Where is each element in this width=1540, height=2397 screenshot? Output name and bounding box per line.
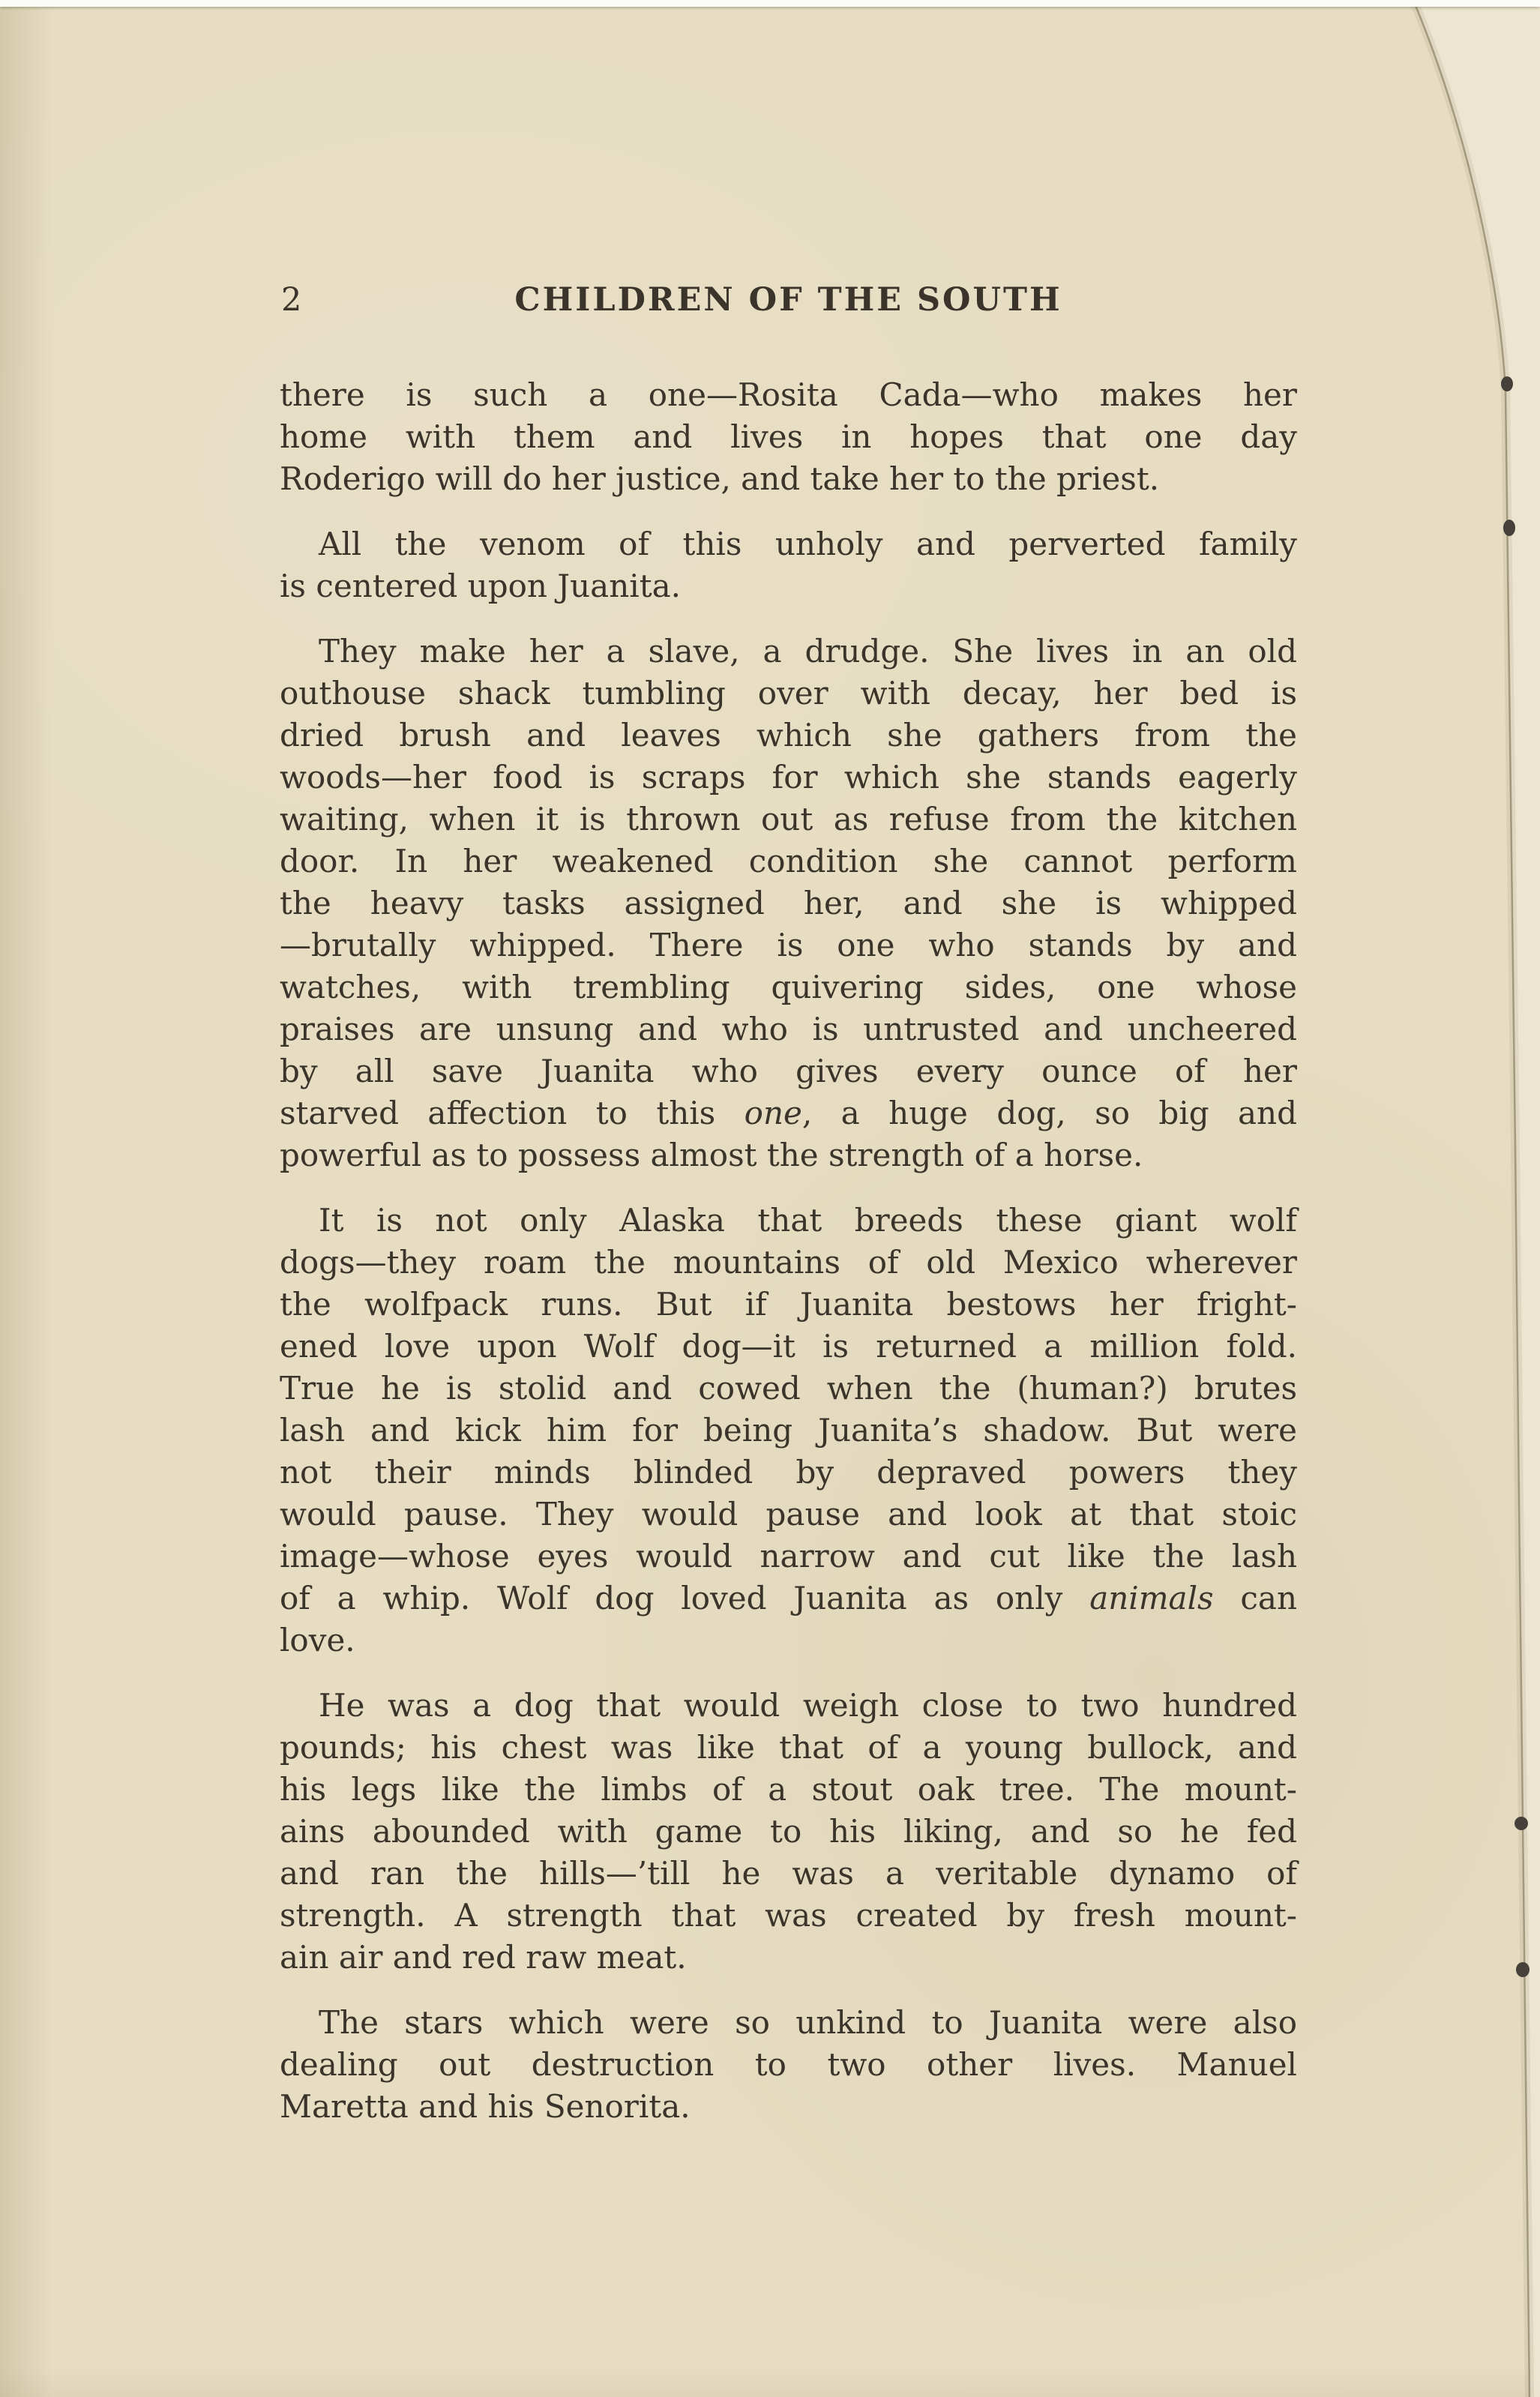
text-line: outhouse shack tumbling over with decay,… [280, 673, 1297, 715]
scanner-edge-strip [0, 0, 1540, 7]
text-line: The stars which were so unkind to Juanit… [280, 2002, 1297, 2044]
crease-shadow [1413, 0, 1530, 2397]
text-line: Maretta and his Senorita. [280, 2086, 1297, 2128]
paragraph: The stars which were so unkind to Juanit… [280, 2002, 1297, 2128]
text-line: and ran the hills—’till he was a veritab… [280, 1853, 1297, 1895]
body-text: there is such a one—Rosita Cada—who make… [280, 374, 1297, 2128]
text-line: is centered upon Juanita. [280, 565, 1297, 607]
text-line: watches, with trembling quivering sides,… [280, 966, 1297, 1008]
paragraph: All the venom of this unholy and pervert… [280, 523, 1297, 607]
text-line: starved affection to this one, a huge do… [280, 1092, 1297, 1134]
text-line: the heavy tasks assigned her, and she is… [280, 882, 1297, 924]
text-line: It is not only Alaska that breeds these … [280, 1200, 1297, 1242]
text-line: ains abounded with game to his liking, a… [280, 1811, 1297, 1853]
text-line: woods—her food is scraps for which she s… [280, 757, 1297, 799]
book-page-scan: 2 CHILDREN OF THE SOUTH there is such a … [0, 0, 1540, 2397]
text-block: 2 CHILDREN OF THE SOUTH there is such a … [280, 281, 1297, 2128]
underlying-page-edge [1413, 0, 1540, 2397]
text-line: waiting, when it is thrown out as refuse… [280, 799, 1297, 840]
text-line: by all save Juanita who gives every ounc… [280, 1050, 1297, 1092]
stitch-mark [1515, 1817, 1528, 1830]
stitch-mark [1516, 1962, 1530, 1977]
paragraph: They make her a slave, a drudge. She liv… [280, 631, 1297, 1176]
text-line: All the venom of this unholy and pervert… [280, 523, 1297, 565]
crease-line [1413, 0, 1530, 2397]
text-line: lash and kick him for being Juanita’s sh… [280, 1410, 1297, 1452]
text-line: love. [280, 1619, 1297, 1661]
text-line: home with them and lives in hopes that o… [280, 416, 1297, 458]
text-line: door. In her weakened condition she cann… [280, 840, 1297, 882]
text-line: Roderigo will do her justice, and take h… [280, 458, 1297, 500]
stitch-mark [1501, 376, 1513, 391]
text-line: strength. A strength that was created by… [280, 1895, 1297, 1937]
text-line: He was a dog that would weigh close to t… [280, 1685, 1297, 1727]
text-line: —brutally whipped. There is one who stan… [280, 924, 1297, 966]
text-line: there is such a one—Rosita Cada—who make… [280, 374, 1297, 416]
text-line: his legs like the limbs of a stout oak t… [280, 1769, 1297, 1811]
text-line: would pause. They would pause and look a… [280, 1494, 1297, 1536]
paragraph: It is not only Alaska that breeds these … [280, 1200, 1297, 1661]
running-title: CHILDREN OF THE SOUTH [280, 281, 1297, 319]
text-line: dogs—they roam the mountains of old Mexi… [280, 1242, 1297, 1284]
text-line: dried brush and leaves which she gathers… [280, 715, 1297, 757]
paragraph: there is such a one—Rosita Cada—who make… [280, 374, 1297, 500]
text-line: They make her a slave, a drudge. She liv… [280, 631, 1297, 673]
text-line: ened love upon Wolf dog—it is returned a… [280, 1326, 1297, 1368]
stitch-mark [1503, 520, 1515, 536]
page-header: 2 CHILDREN OF THE SOUTH [280, 281, 1297, 319]
paragraph: He was a dog that would weigh close to t… [280, 1685, 1297, 1979]
text-line: powerful as to possess almost the streng… [280, 1134, 1297, 1176]
page-left-shadow [0, 0, 52, 2397]
text-line: dealing out destruction to two other liv… [280, 2044, 1297, 2086]
text-line: True he is stolid and cowed when the (hu… [280, 1368, 1297, 1410]
text-line: ain air and red raw meat. [280, 1937, 1297, 1979]
text-line: the wolfpack runs. But if Juanita bestow… [280, 1284, 1297, 1326]
text-line: image—whose eyes would narrow and cut li… [280, 1536, 1297, 1578]
text-line: not their minds blinded by depraved powe… [280, 1452, 1297, 1494]
text-line: pounds; his chest was like that of a you… [280, 1727, 1297, 1769]
page-bottom-shadow [0, 2367, 1540, 2397]
text-line: of a whip. Wolf dog loved Juanita as onl… [280, 1578, 1297, 1619]
text-line: praises are unsung and who is untrusted … [280, 1008, 1297, 1050]
